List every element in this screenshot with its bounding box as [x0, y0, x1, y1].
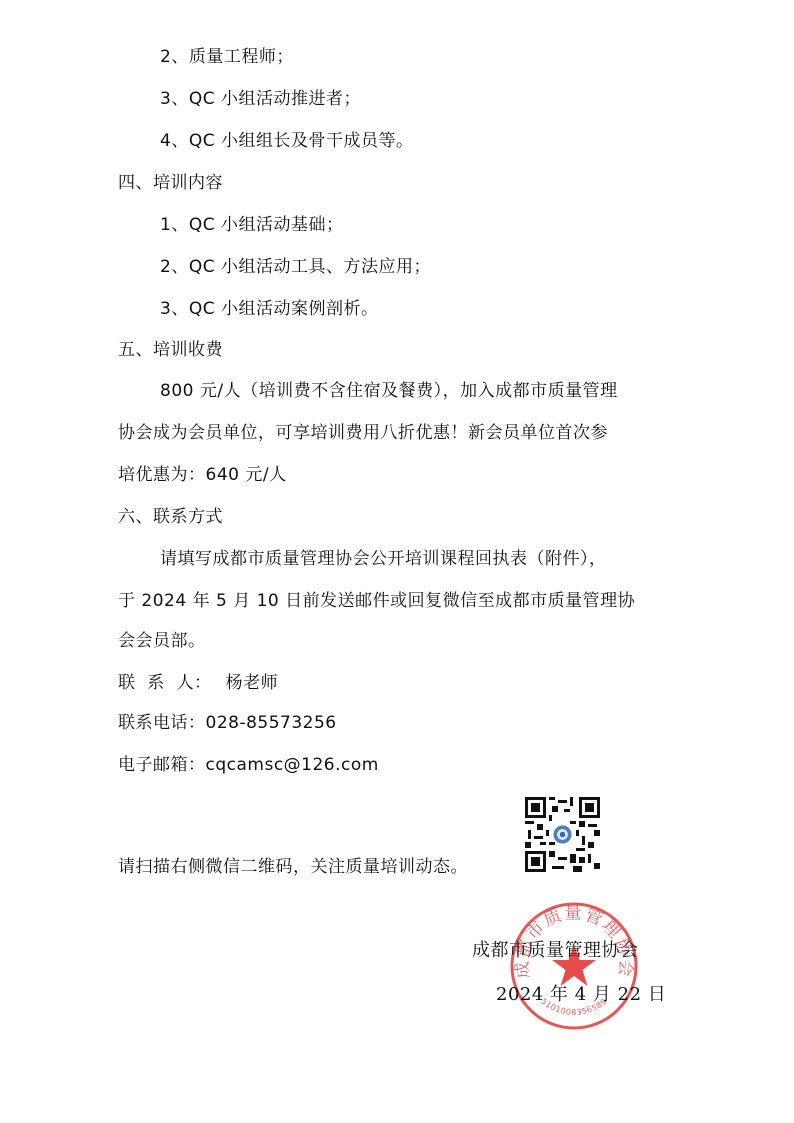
contact-text: 于 2024 年 5 月 10 日前发送邮件或回复微信至成都市质量管理协	[118, 590, 635, 612]
email-link[interactable]: cqcamsc@126.com	[206, 755, 379, 775]
qr-prompt: 请扫描右侧微信二维码，关注质量培训动态。	[118, 856, 468, 878]
contact-person: 杨老师	[226, 673, 279, 693]
email-row: 电子邮箱：cqcamsc@126.com	[118, 754, 379, 776]
signature-date: 2024 年 4 月 22 日	[496, 984, 666, 1006]
section-heading: 四、培训内容	[118, 172, 223, 194]
contact-text: 请填写成都市质量管理协会公开培训课程回执表（附件），	[160, 548, 607, 570]
fee-text: 800 元/人（培训费不含住宿及餐费），加入成都市质量管理	[160, 380, 618, 402]
signature-org: 成都市质量管理协会	[472, 940, 639, 962]
fee-text: 培优惠为：640 元/人	[118, 464, 287, 486]
section-heading: 五、培训收费	[118, 339, 223, 361]
content-item: 1、QC 小组活动基础；	[160, 214, 343, 236]
content-item: 2、QC 小组活动工具、方法应用；	[160, 256, 431, 278]
phone-value: 028-85573256	[206, 713, 337, 733]
official-seal: 成都市质量管理协会 5101008356589	[508, 900, 640, 1032]
content-item: 3、QC 小组活动案例剖析。	[160, 298, 378, 320]
audience-item: 2、质量工程师；	[160, 46, 294, 68]
audience-item: 3、QC 小组活动推进者；	[160, 88, 361, 110]
contact-person-label: 联 系 人：	[118, 673, 212, 693]
section-heading: 六、联系方式	[118, 506, 223, 528]
phone-label: 联系电话：	[118, 713, 206, 733]
email-label: 电子邮箱：	[118, 755, 206, 775]
wechat-qr-code[interactable]	[525, 797, 600, 872]
fee-text: 协会成为会员单位，可享培训费用八折优惠！新会员单位首次参	[118, 422, 608, 444]
phone-row: 联系电话：028-85573256	[118, 712, 337, 734]
contact-text: 会会员部。	[118, 630, 206, 652]
contact-person-row: 联 系 人：杨老师	[118, 672, 278, 694]
audience-item: 4、QC 小组组长及骨干成员等。	[160, 130, 413, 152]
